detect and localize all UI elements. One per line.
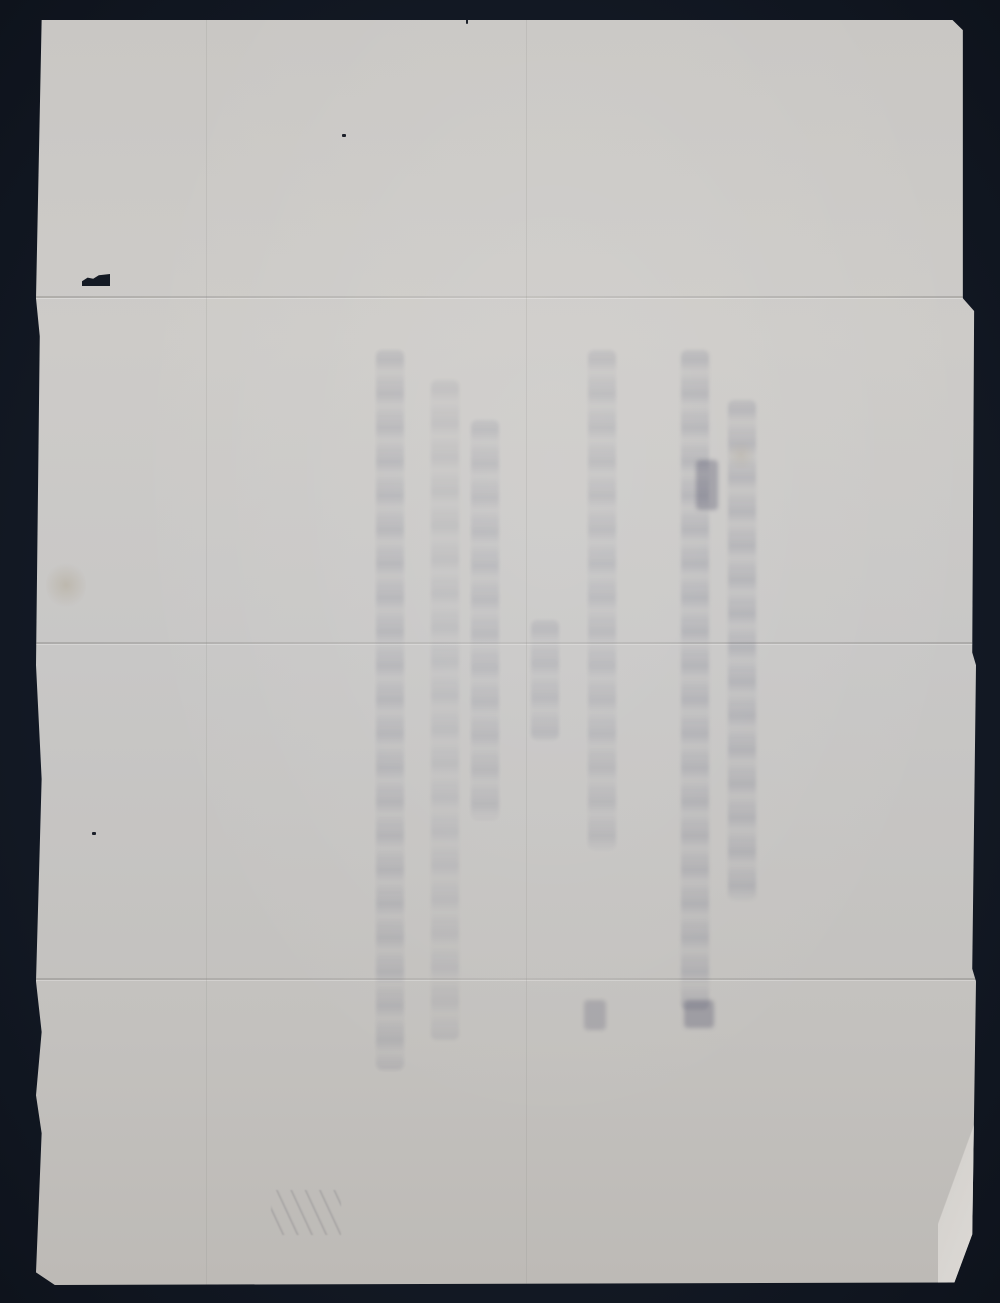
document-back-side <box>36 20 976 1285</box>
ink-bleed-mark <box>696 460 718 510</box>
ink-bleed-mark <box>684 1000 714 1028</box>
dirt-speck <box>342 134 346 137</box>
dirt-speck <box>92 832 96 835</box>
crease-line <box>206 20 207 1285</box>
fold-line-1 <box>36 296 976 298</box>
ink-bleed-column <box>531 620 559 740</box>
water-stain <box>726 440 756 470</box>
fold-line-3 <box>36 978 976 980</box>
ink-bleed-column <box>681 350 709 1010</box>
ink-bleed-mark <box>584 1000 606 1030</box>
ink-bleed-column <box>588 350 616 850</box>
water-stain <box>46 560 86 610</box>
ink-bleed-column <box>728 400 756 900</box>
ink-bleed-column <box>471 420 499 820</box>
ink-bleed-column <box>376 350 404 1070</box>
ink-bleed-column <box>431 380 459 1040</box>
pencil-mark <box>271 1190 341 1235</box>
crease-line <box>526 20 527 1285</box>
fold-line-2 <box>36 642 976 644</box>
